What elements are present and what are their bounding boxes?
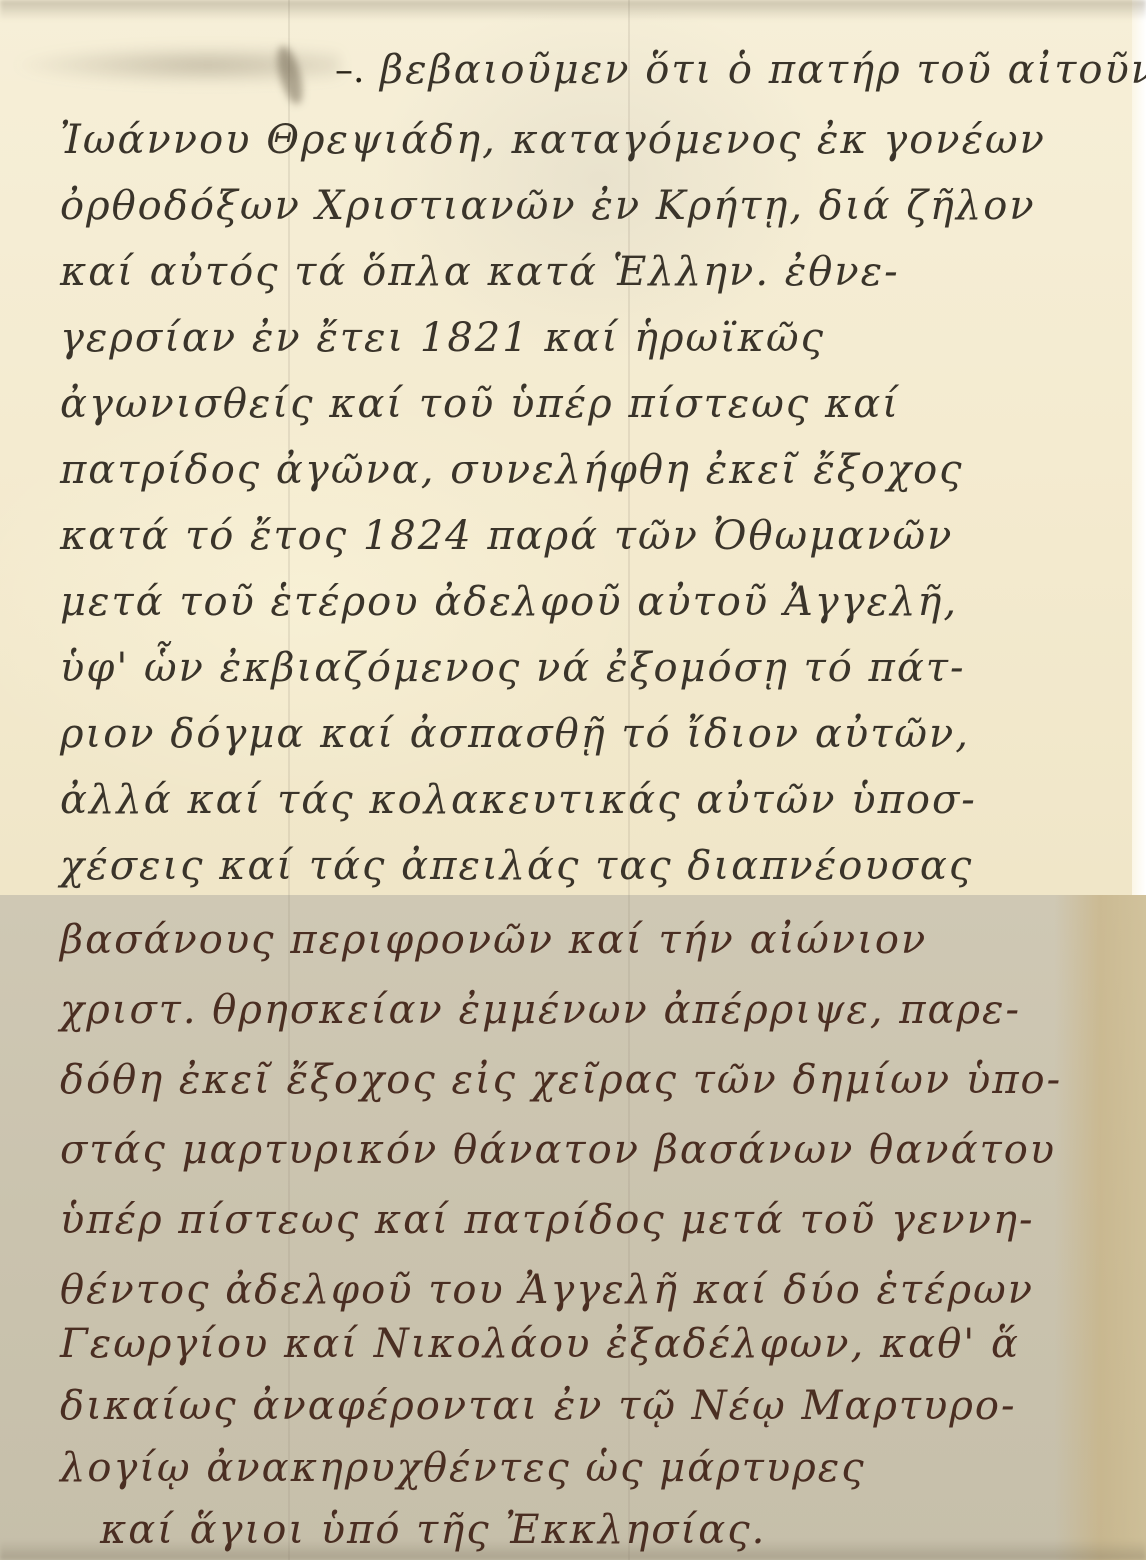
text-line: θέντος ἀδελφοῦ του Ἀγγελῆ καί δύο ἑτέρων: [60, 1262, 1120, 1318]
handwritten-text: βεβαιοῦμεν ὅτι ὁ πατήρ τοῦ αἰτοῦντος Ἰωά…: [0, 0, 1146, 1560]
text-line: ἀλλά καί τάς κολακευτικάς αὐτῶν ὑποσ-: [60, 772, 1120, 828]
text-line: βασάνους περιφρονῶν καί τήν αἰώνιον: [60, 912, 1120, 968]
text-line: ὑπέρ πίστεως καί πατρίδος μετά τοῦ γεννη…: [60, 1192, 1120, 1248]
text-line: μετά τοῦ ἑτέρου ἀδελφοῦ αὐτοῦ Ἀγγελῆ,: [60, 574, 1120, 630]
text-line: Ἰωάννου Θρεψιάδη, καταγόμενος ἐκ γονέων: [60, 112, 1120, 168]
text-line: δικαίως ἀναφέρονται ἐν τῷ Νέῳ Μαρτυρο-: [60, 1378, 1120, 1434]
text-line: δόθη ἐκεῖ ἔξοχος εἰς χεῖρας τῶν δημίων ὑ…: [60, 1052, 1120, 1108]
text-line: βεβαιοῦμεν ὅτι ὁ πατήρ τοῦ αἰτοῦντος: [380, 42, 1120, 98]
text-line: πατρίδος ἀγῶνα, συνελήφθη ἐκεῖ ἔξοχος: [60, 442, 1120, 498]
text-line: καί ἅγιοι ὑπό τῆς Ἐκκλησίας.: [100, 1502, 1146, 1558]
text-line: ἀγωνισθείς καί τοῦ ὑπέρ πίστεως καί: [60, 376, 1120, 432]
text-line: λογίῳ ἀνακηρυχθέντες ὡς μάρτυρες: [60, 1440, 1120, 1496]
text-line: γερσίαν ἐν ἔτει 1821 καί ἡρωϊκῶς: [60, 310, 1120, 366]
text-line: ὀρθοδόξων Χριστιανῶν ἐν Κρήτῃ, διά ζῆλον: [60, 178, 1120, 234]
text-line: ὑφ' ὧν ἐκβιαζόμενος νά ἐξομόσῃ τό πάτ-: [60, 640, 1120, 696]
text-line: κατά τό ἔτος 1824 παρά τῶν Ὀθωμανῶν: [60, 508, 1120, 564]
manuscript-page: –. βεβαιοῦμεν ὅτι ὁ πατήρ τοῦ αἰτοῦντος …: [0, 0, 1146, 1560]
text-line: καί αὐτός τά ὅπλα κατά Ἑλλην. ἐθνε-: [60, 244, 1120, 300]
text-line: χριστ. θρησκείαν ἐμμένων ἀπέρριψε, παρε-: [60, 982, 1120, 1038]
text-line: στάς μαρτυρικόν θάνατον βασάνων θανάτου: [60, 1122, 1120, 1178]
text-line: Γεωργίου καί Νικολάου ἐξαδέλφων, καθ' ἅ: [60, 1316, 1120, 1372]
text-line: χέσεις καί τάς ἀπειλάς τας διαπνέουσας: [60, 838, 1120, 894]
text-line: ριον δόγμα καί ἀσπασθῇ τό ἴδιον αὐτῶν,: [60, 706, 1120, 762]
